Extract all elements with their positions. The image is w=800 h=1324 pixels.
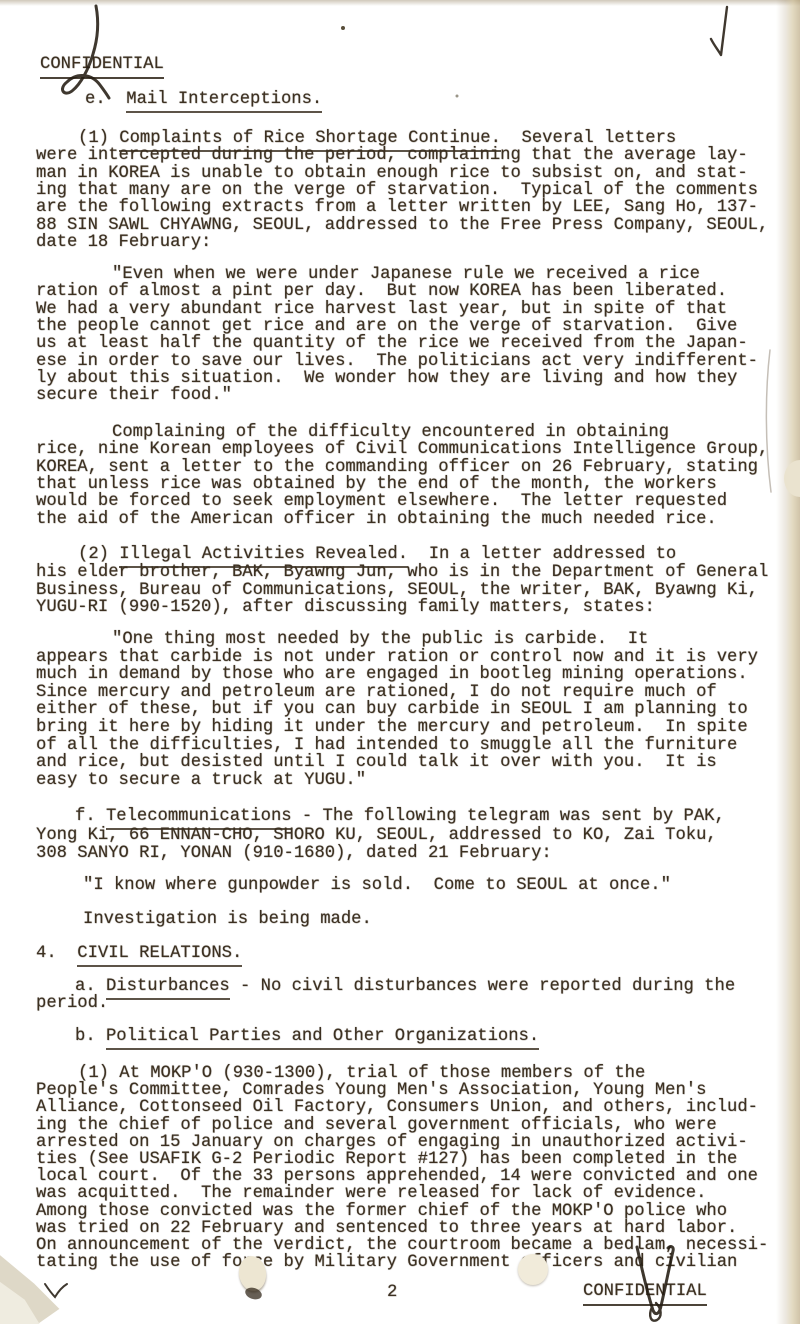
ink-speck — [456, 95, 459, 98]
quote-carbide-line: easy to secure a truck at YUGU." — [36, 772, 366, 790]
line-investigation-line: Investigation is being made. — [83, 911, 372, 929]
quote-carbide-line: of all the difficulties, I had intended … — [36, 737, 737, 755]
para-telecommunications-line: f. Telecommunications - The following te… — [75, 808, 725, 826]
para-illegal-activities-line: YUGU-RI (990-1520), after discussing fam… — [36, 599, 655, 617]
para-disturbances-line: period. — [36, 995, 108, 1013]
heading-mail-interceptions-line: e. Mail Interceptions. — [85, 91, 322, 109]
classification-marking-top: CONFIDENTIAL — [40, 56, 164, 74]
classification-marking-bottom: CONFIDENTIAL — [583, 1283, 707, 1301]
quote-gunpowder-line: "I know where gunpowder is sold. Come to… — [83, 877, 671, 895]
quote-rice-ration-line: secure their food." — [36, 387, 232, 405]
ink-speck — [341, 26, 345, 30]
pen-checkmark-top-right-icon — [711, 7, 727, 55]
para-korean-employees-line: the aid of the American officer in obtai… — [36, 511, 717, 529]
para-illegal-activities-line: his elder brother, BAK, Byawng Jun, who … — [36, 564, 768, 582]
quote-carbide-line: much in demand by those who are engaged … — [36, 666, 748, 684]
para-telecommunications-line: 308 SANYO RI, YONAN (910-1680), dated 21… — [36, 845, 552, 863]
pen-loop-bottom-right-icon — [650, 1303, 660, 1321]
para-disturbances-line: a. Disturbances - No civil disturbances … — [75, 978, 735, 996]
paper-hole — [518, 1254, 548, 1285]
page-number: 2 — [387, 1284, 397, 1302]
paper-right-edge — [776, 0, 800, 1324]
quote-carbide-line: "One thing most needed by the public is … — [112, 631, 648, 649]
para-illegal-activities-line: Business, Bureau of Communications, SEOU… — [36, 582, 758, 600]
pen-checkmark-top-left-icon — [63, 6, 109, 98]
pen-tick-bottom-left-icon — [45, 1284, 67, 1297]
quote-carbide-line: and rice, but desisted until I could tal… — [36, 754, 717, 772]
para-rice-shortage-line: date 18 February: — [36, 234, 211, 252]
para-telecommunications-line: Yong Ki, 66 ENNAN-CHO, SHORO KU, SEOUL, … — [36, 827, 717, 845]
quote-carbide-line: either of these, but if you can buy carb… — [36, 701, 748, 719]
heading-political-parties-line: b. Political Parties and Other Organizat… — [75, 1028, 539, 1046]
quote-carbide-line: bring it here by hiding it under the mer… — [36, 719, 748, 737]
para-illegal-activities-line: (2) Illegal Activities Revealed. In a le… — [78, 546, 676, 564]
heading-civil-relations-line: 4. CIVIL RELATIONS. — [36, 945, 242, 963]
paper-crease-right-icon — [766, 350, 771, 492]
paper-top-edge-shadow — [0, 0, 800, 6]
quote-carbide-line: appears that carbide is not under ration… — [36, 649, 758, 667]
scanned-document-page: CONFIDENTIAL 2 CONFIDENTIAL e. Mail Inte… — [0, 0, 800, 1324]
para-mokpo-trial-line: tating the use of force by Military Gove… — [36, 1254, 737, 1272]
